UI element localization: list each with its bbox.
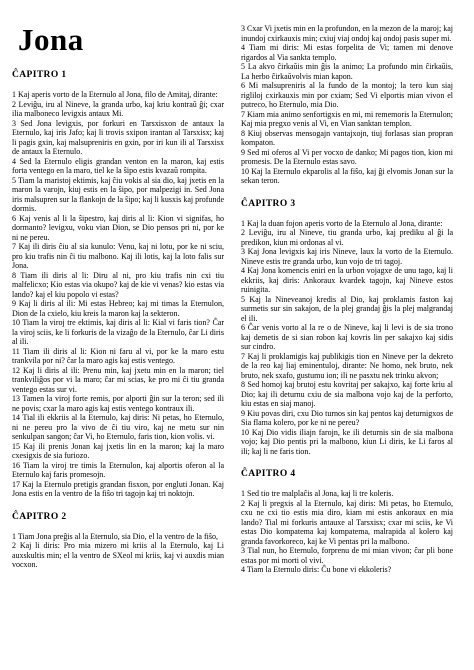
verse: 6 Mi malsupreniris al la fundo de la mon… bbox=[241, 81, 453, 110]
chapter-heading: ĈAPITRO 3 bbox=[241, 199, 453, 209]
verse: 4 Tiam la Eternulo diris: Ĉu bone vi ekk… bbox=[241, 565, 453, 575]
verse: 4 Kaj Jona komencis eniri en la urbon vo… bbox=[241, 266, 453, 295]
verse: 6 Kaj venis al li la ŝipestro, kaj diris… bbox=[12, 214, 224, 243]
verse: 16 Tiam la viroj tre timis la Eternulon,… bbox=[12, 461, 224, 480]
verse: 3 Tial nun, ho Eternulo, forprenu de mi … bbox=[241, 546, 453, 565]
verse: 3 Kaj Jona levigxis kaj iris Nineve, lau… bbox=[241, 247, 453, 266]
verse: 4 Sed la Eternulo eligis grandan venton … bbox=[12, 157, 224, 176]
chapter-heading: ĈAPITRO 2 bbox=[12, 512, 224, 522]
verse: 3 Sed Jona levigxis, por forkuri en Tars… bbox=[12, 119, 224, 157]
verse: 9 Kaj li diris al ili: Mi estas Hebreo; … bbox=[12, 299, 224, 318]
verse: 10 Tiam la viroj tre ektimis, kaj diris … bbox=[12, 318, 224, 347]
chapter-heading: ĈAPITRO 4 bbox=[241, 469, 453, 479]
text-columns: Jona ĈAPITRO 11 Kaj aperis vorto de la E… bbox=[12, 18, 454, 575]
verse: 1 Tiam Jona preĝis al la Eternulo, sia D… bbox=[12, 532, 224, 542]
document-page: Jona ĈAPITRO 11 Kaj aperis vorto de la E… bbox=[0, 0, 474, 670]
verse: 2 Leviĝu, iru al Nineve, tiu granda urbo… bbox=[241, 228, 453, 247]
verse: 9 Kiu povas diri, cxu Dio turnos sin kaj… bbox=[241, 409, 453, 428]
verse: 6 Ĉar venis vorto al la re o de Nineve, … bbox=[241, 323, 453, 352]
column-left: Jona ĈAPITRO 11 Kaj aperis vorto de la E… bbox=[12, 18, 224, 570]
verse: 9 Sed mi oferos al Vi per vocxo de danko… bbox=[241, 148, 453, 167]
verse: 14 Tial ili ekkriis al la Eternulo, kaj … bbox=[12, 413, 224, 442]
verse: 8 Tiam ili diris al li: Diru al ni, pro … bbox=[12, 271, 224, 300]
verse: 1 Sed tio tre malplaĉis al Jona, kaj li … bbox=[241, 489, 453, 499]
verse: 7 Kaj li proklamigis kaj publikigis tion… bbox=[241, 352, 453, 381]
column-right: 3 Cxar Vi jxetis min en la profundon, en… bbox=[241, 18, 453, 575]
verse: 4 Tiam mi diris: Mi estas forpelita de V… bbox=[241, 43, 453, 62]
verse: 1 Kaj aperis vorto de la Eternulo al Jon… bbox=[12, 90, 224, 100]
verse: 7 Kiam mia animo senfortigxis en mi, mi … bbox=[241, 110, 453, 129]
verse: 7 Kaj ili diris ĉiu al sia kunulo: Venu,… bbox=[12, 242, 224, 271]
verse: 15 Kaj ili prenis Jonan kaj jxetis lin e… bbox=[12, 442, 224, 461]
verse: 11 Tiam ili diris al li: Kion ni faru al… bbox=[12, 347, 224, 366]
verse: 13 Tamen la viroj forte remis, por alpor… bbox=[12, 394, 224, 413]
verse: 2 Kaj li pregxis al la Eternulo, kaj dir… bbox=[241, 499, 453, 547]
verse: 3 Cxar Vi jxetis min en la profundon, en… bbox=[241, 24, 453, 43]
verse: 2 Leviĝu, iru al Nineve, la granda urbo,… bbox=[12, 100, 224, 119]
verse: 10 Kaj la Eternulo ekparolis al la fiŝo,… bbox=[241, 167, 453, 186]
book-title: Jona bbox=[18, 24, 224, 56]
verse: 8 Sed homoj kaj brutoj estu kovritaj per… bbox=[241, 380, 453, 409]
verse: 5 La akvo ĉirkaŭis min ĝis la animo; La … bbox=[241, 62, 453, 81]
chapter-heading: ĈAPITRO 1 bbox=[12, 70, 224, 80]
verse: 2 Kaj li diris: Pro mia mizero mi kriis … bbox=[12, 541, 224, 570]
verse: 8 Kiuj observas mensogajn vantajxojn, ti… bbox=[241, 129, 453, 148]
verse: 5 Tiam la maristoj ektimis, kaj ĉiu voki… bbox=[12, 176, 224, 214]
verse: 1 Kaj la duan fojon aperis vorto de la E… bbox=[241, 219, 453, 229]
verse: 5 Kaj la Nineveanoj kredis al Dio, kaj p… bbox=[241, 295, 453, 324]
verse: 17 Kaj la Eternulo pretigis grandan fisx… bbox=[12, 480, 224, 499]
verse: 10 Kaj Dio vidis iliajn farojn, ke ili d… bbox=[241, 428, 453, 457]
verse: 12 Kaj li diris al ili: Prenu min, kaj j… bbox=[12, 366, 224, 395]
